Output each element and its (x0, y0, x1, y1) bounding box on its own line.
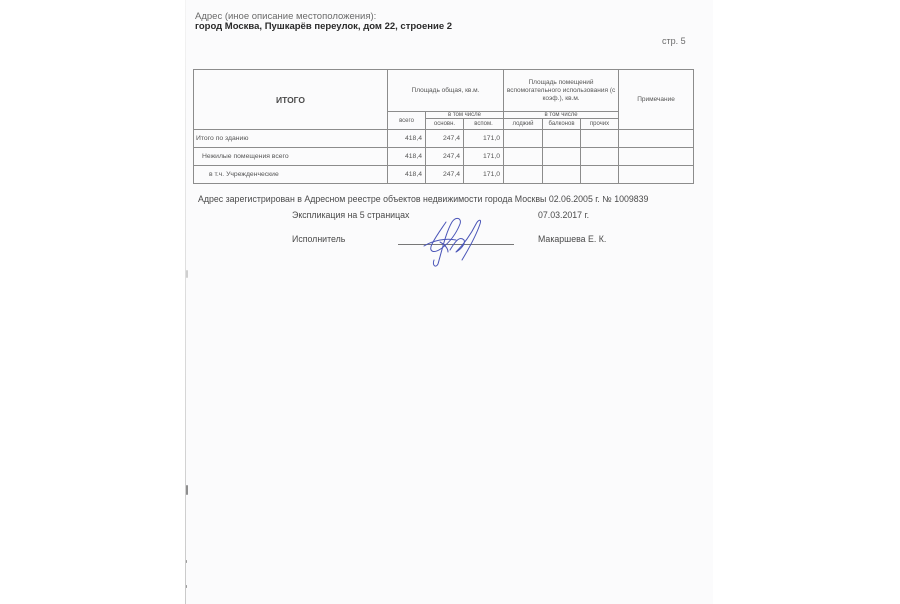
other-subheader: прочих (581, 119, 619, 130)
page-number: стр. 5 (662, 36, 686, 46)
explication-date: 07.03.2017 г. (538, 210, 589, 220)
cell-note (619, 166, 694, 184)
cell-total: 418,4 (388, 148, 426, 166)
scan-mark (186, 560, 187, 563)
table-row: Нежилые помещения всего 418,4 247,4 171,… (194, 148, 694, 166)
cell-loggia (504, 130, 543, 148)
cell-loggia (504, 166, 543, 184)
cell-total: 418,4 (388, 166, 426, 184)
cell-total: 418,4 (388, 130, 426, 148)
cell-balcony (543, 148, 581, 166)
signature-icon (420, 210, 490, 270)
cell-loggia (504, 148, 543, 166)
itogo-header: ИТОГО (194, 70, 388, 130)
cell-other (581, 130, 619, 148)
cell-other (581, 166, 619, 184)
table-row: в т.ч. Учрежденческие 418,4 247,4 171,0 (194, 166, 694, 184)
page-edge (185, 0, 186, 604)
registration-statement: Адрес зарегистрирован в Адресном реестре… (198, 194, 648, 204)
cell-note (619, 148, 694, 166)
explication-summary-table: ИТОГО Площадь общая, кв.м. Площадь помещ… (193, 69, 694, 184)
cell-main: 247,4 (426, 148, 464, 166)
aux-area-header: Площадь помещений вспомогательного испол… (504, 70, 619, 112)
loggia-subheader: лоджий (504, 119, 543, 130)
address-value: город Москва, Пушкарёв переулок, дом 22,… (195, 21, 452, 32)
row-label: Нежилые помещения всего (194, 148, 388, 166)
row-label: в т.ч. Учрежденческие (194, 166, 388, 184)
note-header: Примечание (619, 70, 694, 130)
cell-aux: 171,0 (464, 130, 504, 148)
scan-mark (186, 485, 188, 495)
cell-aux: 171,0 (464, 148, 504, 166)
cell-aux: 171,0 (464, 166, 504, 184)
total-area-header: Площадь общая, кв.м. (388, 70, 504, 112)
cell-main: 247,4 (426, 130, 464, 148)
cell-note (619, 130, 694, 148)
cell-main: 247,4 (426, 166, 464, 184)
aux-subheader: вспом. (464, 119, 504, 130)
executor-label: Исполнитель (292, 234, 345, 244)
including-aux-subheader: в том числе (504, 112, 619, 119)
header-row: ИТОГО Площадь общая, кв.м. Площадь помещ… (194, 70, 694, 112)
row-label: Итого по зданию (194, 130, 388, 148)
cell-balcony (543, 130, 581, 148)
balcony-subheader: балконов (543, 119, 581, 130)
cell-other (581, 148, 619, 166)
explication-pages: Экспликация на 5 страницах (292, 210, 409, 220)
cell-balcony (543, 166, 581, 184)
total-subheader: всего (388, 112, 426, 130)
main-subheader: основн. (426, 119, 464, 130)
scan-mark (186, 585, 187, 588)
executor-name: Макаршева Е. К. (538, 234, 606, 244)
table-row: Итого по зданию 418,4 247,4 171,0 (194, 130, 694, 148)
scan-mark (186, 270, 188, 278)
including-subheader: в том числе (426, 112, 504, 119)
